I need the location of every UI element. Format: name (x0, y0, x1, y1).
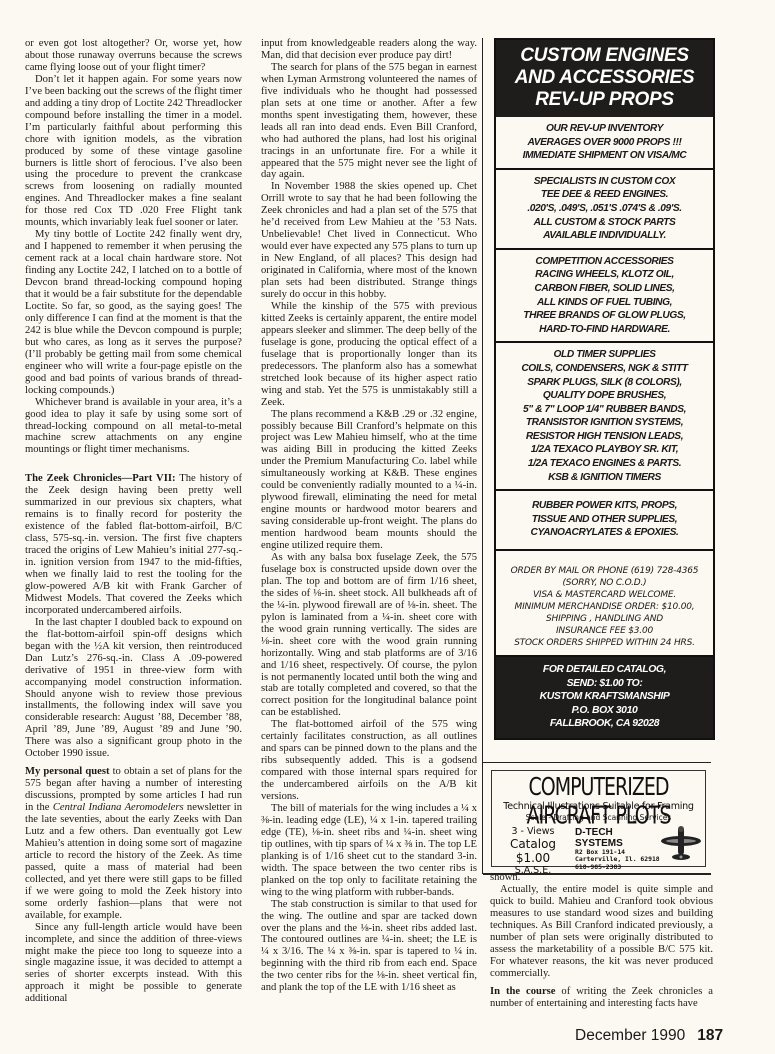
paragraph: The plans recommend a K&B .29 or .32 eng… (261, 409, 477, 552)
section-heading: The Zeek Chronicles—Part VII: (25, 473, 175, 484)
paragraph: My tiny bottle of Loctite 242 finally we… (25, 229, 242, 396)
ad-company-info: D-TECH SYSTEMS R2 Box 191-14 Carterville… (575, 827, 663, 871)
ad-services: Scale - Drafting and Scanning Services (492, 813, 705, 822)
quest-paragraph: My personal quest to obtain a set of pla… (25, 766, 242, 921)
column-divider (482, 38, 483, 874)
run-in-heading: In the course (490, 986, 555, 997)
ad-subtitle: Technical Illustrations Suitable for Fra… (492, 801, 705, 812)
paragraph: In the last chapter I doubled back to ex… (25, 617, 242, 760)
newsletter-title: Central Indiana Aeromodelers (53, 802, 184, 813)
issue-date: December 1990 (575, 1027, 685, 1044)
kustom-kraftsmanship-ad: CUSTOM ENGINES AND ACCESSORIES REV-UP PR… (494, 38, 715, 740)
dtech-ad-frame: COMPUTERIZED AIRCRAFT PLOTS Technical Il… (483, 762, 711, 875)
paragraph: input from knowledgeable readers along t… (261, 38, 477, 62)
ad-order-section: ORDER BY MAIL OR PHONE (619) 728-4365 (S… (496, 549, 713, 655)
ad-inventory-section: OUR REV-UP INVENTORY AVERAGES OVER 9000 … (496, 117, 713, 168)
ad-old-timer-section: OLD TIMER SUPPLIES COILS, CONDENSERS, NG… (496, 341, 713, 489)
airplane-icon (660, 823, 702, 863)
page-number: 187 (697, 1027, 723, 1044)
paragraph: In November 1988 the skies opened up. Ch… (261, 181, 477, 301)
paragraph: Whichever brand is available in your are… (25, 397, 242, 457)
course-paragraph: In the course of writing the Zeek chroni… (490, 986, 713, 1010)
run-in-heading: My personal quest (25, 766, 110, 777)
ad-offer: 3 - Views Catalog $1.00 S.A.S.E. (494, 826, 572, 876)
paragraph: The bill of materials for the wing inclu… (261, 803, 477, 899)
ad-specialists-section: SPECIALISTS IN CUSTOM COX TEE DEE & REED… (496, 168, 713, 248)
zeek-chronicles-paragraph: The Zeek Chronicles—Part VII: The histor… (25, 473, 242, 616)
paragraph: Since any full-length article would have… (25, 922, 242, 1006)
article-column-2: input from knowledgeable readers along t… (261, 38, 477, 994)
ad-rubber-section: RUBBER POWER KITS, PROPS, TISSUE AND OTH… (496, 489, 713, 549)
article-column-3: shown. Actually, the entire model is qui… (490, 872, 713, 1009)
paragraph: Don’t let it happen again. For some year… (25, 74, 242, 229)
paragraph: The search for plans of the 575 began in… (261, 62, 477, 182)
ad-catalog-section: FOR DETAILED CATALOG, SEND: $1.00 TO: KU… (496, 655, 713, 738)
paragraph: Actually, the entire model is quite simp… (490, 884, 713, 980)
page-footer: December 1990187 (575, 1027, 723, 1045)
paragraph: shown. (490, 872, 713, 884)
ad-headline: CUSTOM ENGINES AND ACCESSORIES REV-UP PR… (496, 40, 713, 117)
paragraph: While the kinship of the 575 with previo… (261, 301, 477, 409)
paragraph: or even got lost altogether? Or, worse y… (25, 38, 242, 74)
paragraph: The flat-bottomed airfoil of the 575 win… (261, 719, 477, 803)
paragraph: As with any balsa box fuselage Zeek, the… (261, 552, 477, 719)
dtech-systems-ad: COMPUTERIZED AIRCRAFT PLOTS Technical Il… (491, 770, 706, 867)
ad-competition-section: COMPETITION ACCESSORIES RACING WHEELS, K… (496, 248, 713, 342)
paragraph: The stab construction is similar to that… (261, 899, 477, 995)
article-column-1: or even got lost altogether? Or, worse y… (25, 38, 242, 1005)
